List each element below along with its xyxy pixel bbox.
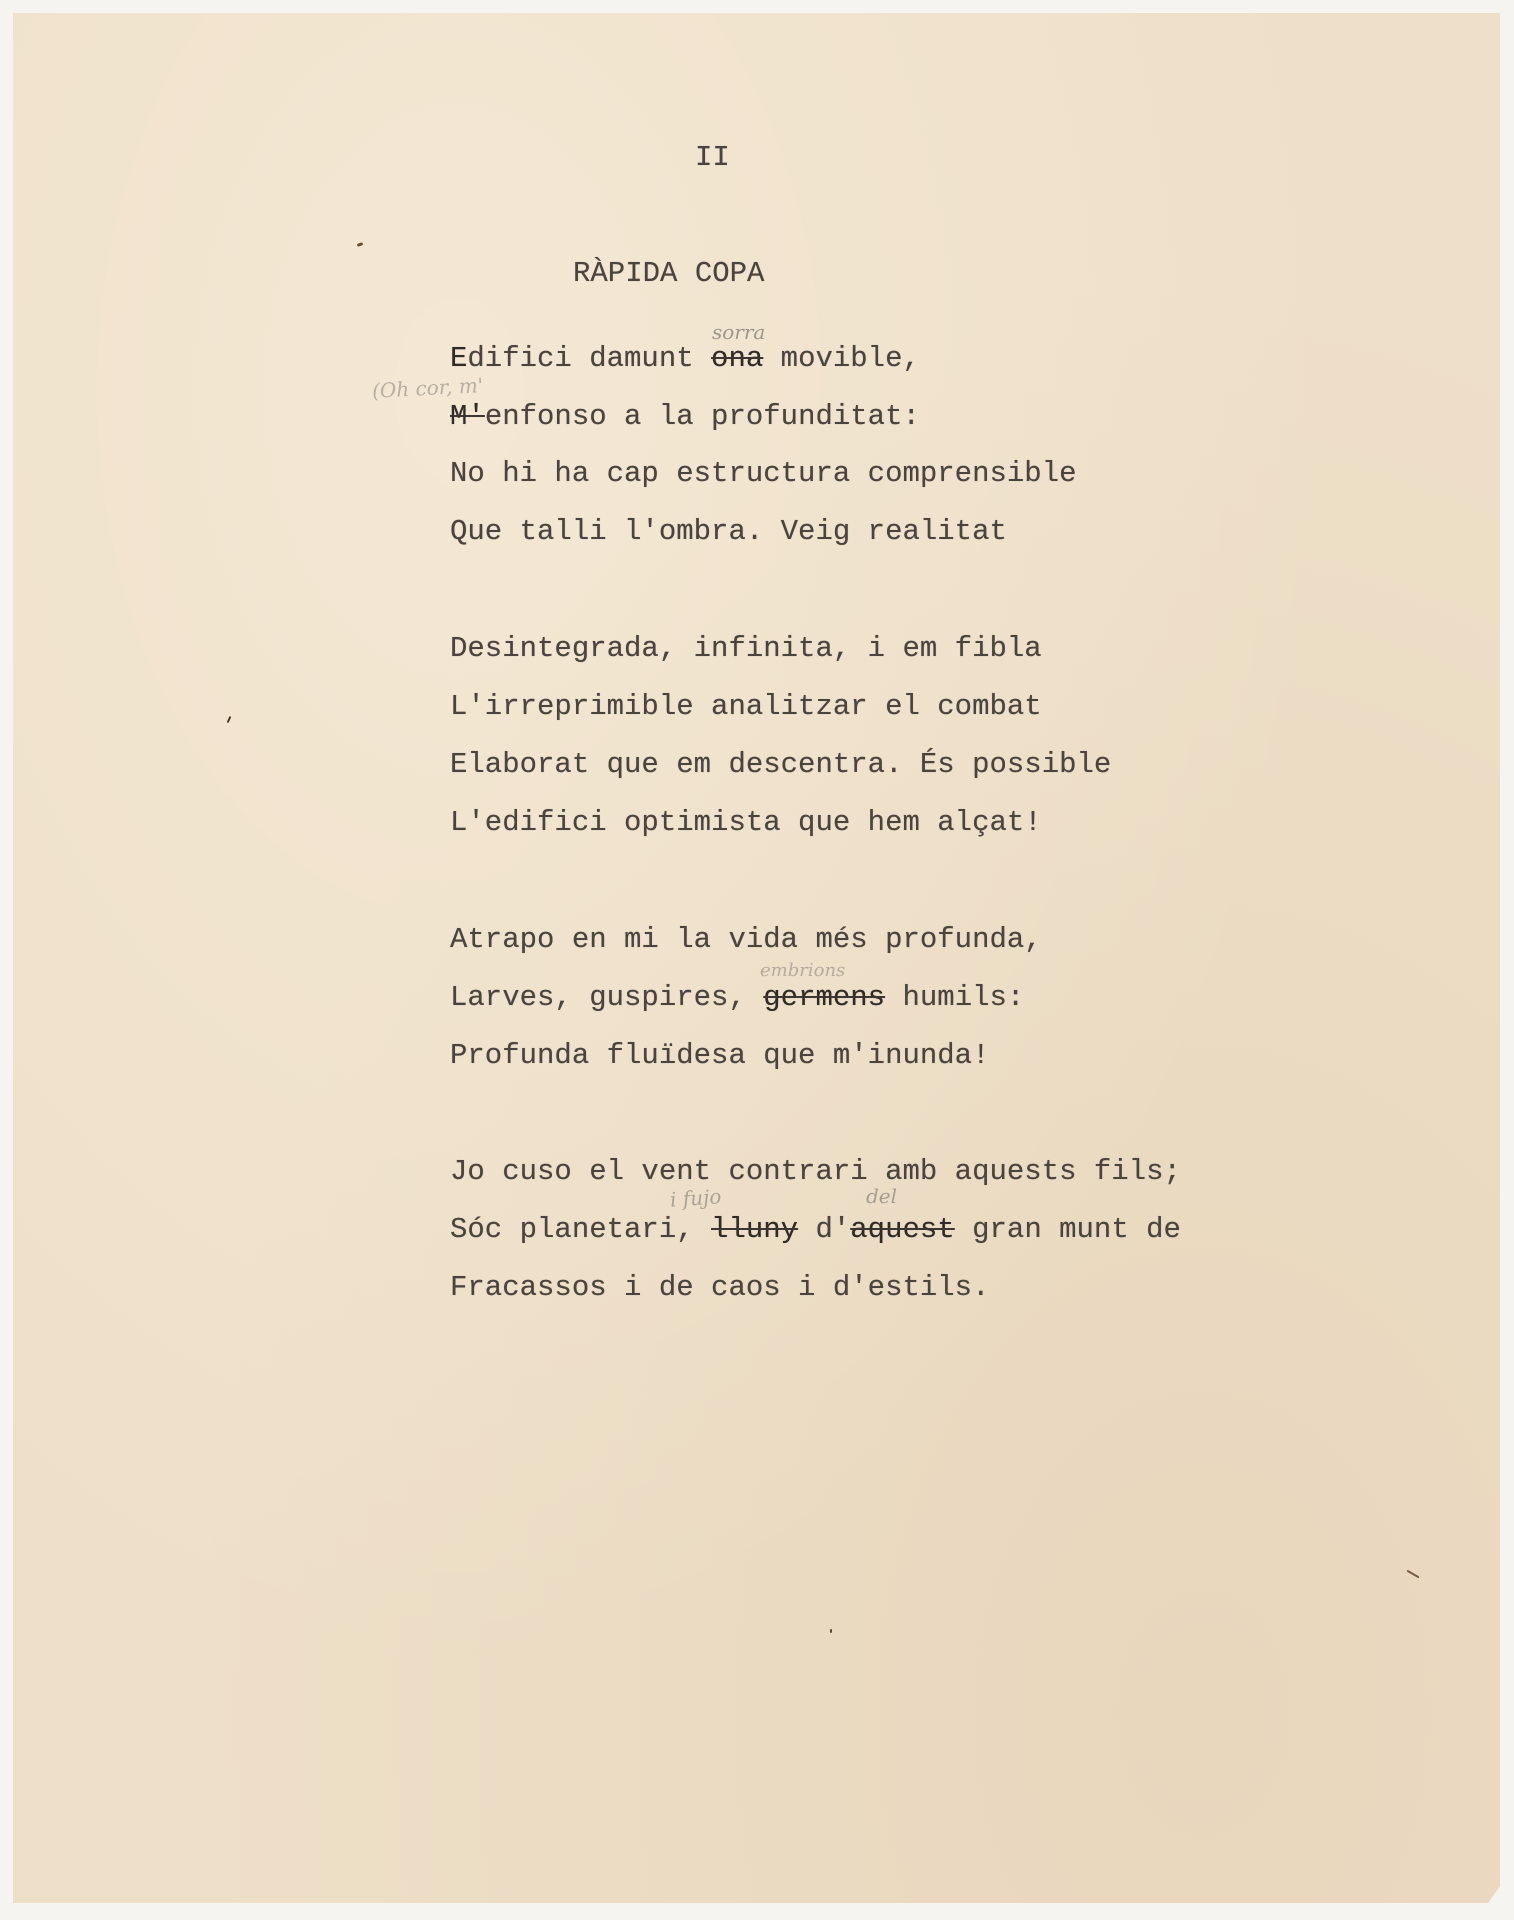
poem-line: Desintegrada, infinita, i em fibla: [450, 634, 1042, 663]
poem-line: Jo cuso el vent contrari amb aquests fil…: [450, 1157, 1181, 1186]
poem-title: RÀPIDA COPA: [573, 259, 764, 288]
handwritten-correction-embrions: embrions: [760, 962, 845, 980]
paper-blemish: [830, 1629, 832, 1633]
struck-word: germens: [763, 981, 885, 1014]
poem-line: L'irreprimible analitzar el combat: [450, 692, 1042, 721]
poem-line: L'edifici optimista que hem alçat!: [450, 808, 1042, 837]
poem-line: Larves, guspires, germens humils:: [450, 983, 1024, 1012]
poem-line: Edifici damunt ona movible,: [450, 344, 920, 373]
poem-line: Fracassos i de caos i d'estils.: [450, 1273, 990, 1302]
struck-word: lluny: [711, 1213, 798, 1246]
poem-line: Que talli l'ombra. Veig realitat: [450, 517, 1007, 546]
struck-word: M': [450, 400, 485, 433]
poem-line: Profunda fluïdesa que m'inunda!: [450, 1041, 990, 1070]
page-number: II: [695, 143, 730, 172]
poem-line: Atrapo en mi la vida més profunda,: [450, 925, 1042, 954]
poem-line: Elaborat que em descentra. És possible: [450, 750, 1111, 779]
typescript-page: [13, 13, 1500, 1903]
struck-word: ona: [711, 342, 763, 375]
struck-word: aquest: [850, 1213, 954, 1246]
poem-line: M'enfonso a la profunditat:: [450, 402, 920, 431]
handwritten-correction-sorra: sorra: [712, 322, 765, 342]
handwritten-correction-i-fujo: i fujo: [669, 1186, 722, 1210]
poem-line: Sóc planetari, lluny d'aquest gran munt …: [450, 1215, 1181, 1244]
handwritten-correction-oh-cor: (Oh cor, m': [372, 375, 484, 401]
handwritten-correction-del: del: [866, 1186, 897, 1206]
overtyped-letter: E: [450, 342, 467, 375]
poem-line: No hi ha cap estructura comprensible: [450, 459, 1077, 488]
